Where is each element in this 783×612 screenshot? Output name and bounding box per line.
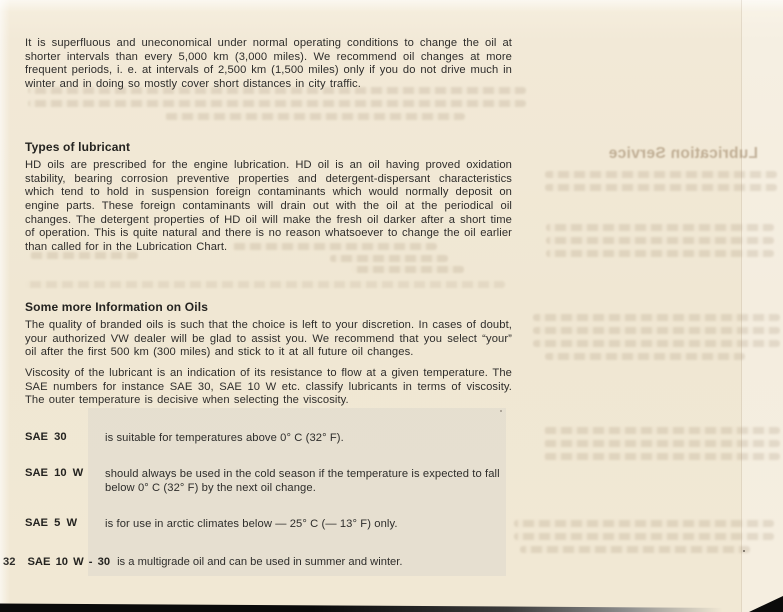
sae-grade-description: should always be used in the cold season… [105, 467, 512, 495]
sae-grade-label: SAE 10 W [25, 467, 103, 479]
bleedthrough-line [545, 353, 745, 360]
scanned-manual-page: Lubrication Service It is superfluous an… [0, 0, 783, 612]
bleedthrough-line [545, 184, 777, 191]
bleedthrough-line [545, 171, 777, 178]
bleedthrough-heading: Lubrication Service [576, 145, 758, 163]
page-left-edge-highlight [0, 0, 10, 612]
bleedthrough-line [533, 327, 780, 334]
section-heading-more-information-on-oils: Some more Information on Oils [25, 300, 512, 314]
sae-grade-description: is for use in arctic climates below — 25… [105, 517, 512, 531]
section-heading-types-of-lubricant: Types of lubricant [25, 140, 512, 154]
bleedthrough-line [520, 546, 750, 553]
page-number: 32 [3, 556, 15, 568]
bleedthrough-line [514, 520, 774, 527]
oil-quality-paragraph: The quality of branded oils is such that… [25, 319, 512, 360]
bleedthrough-line [544, 453, 780, 460]
intro-paragraph: It is superfluous and uneconomical under… [25, 37, 512, 91]
sae-grade-label: SAE 30 [25, 431, 103, 443]
sae-grade-description: is a multigrade oil and can be used in s… [117, 556, 402, 568]
bleedthrough-line [546, 224, 774, 231]
bleedthrough-line [352, 266, 464, 273]
bleedthrough-line [533, 340, 780, 347]
bleedthrough-line [28, 100, 526, 107]
viscosity-paragraph: Viscosity of the lubricant is an indicat… [25, 367, 512, 408]
bleedthrough-line [544, 427, 780, 434]
sae-grade-description: is suitable for temperatures above 0° C … [105, 431, 512, 445]
bleedthrough-line [330, 255, 448, 262]
bleedthrough-line [165, 113, 465, 120]
bleedthrough-line [533, 314, 780, 321]
bleedthrough-line [546, 250, 774, 257]
bleedthrough-line [25, 281, 505, 288]
dust-speck [743, 550, 745, 552]
footer-row: 32SAE 10 W - 30is a multigrade oil and c… [3, 556, 523, 568]
bleedthrough-line [514, 533, 774, 540]
sae-grade-label: SAE 10 W - 30 [27, 556, 110, 568]
bleedthrough-line [546, 237, 774, 244]
page-top-edge-highlight [0, 0, 783, 12]
sae-grade-label: SAE 5 W [25, 517, 103, 529]
scan-bottom-dark-strip [0, 602, 745, 612]
types-of-lubricant-paragraph: HD oils are prescribed for the engine lu… [25, 159, 512, 254]
bleedthrough-line [544, 440, 780, 447]
dust-speck [500, 410, 502, 412]
